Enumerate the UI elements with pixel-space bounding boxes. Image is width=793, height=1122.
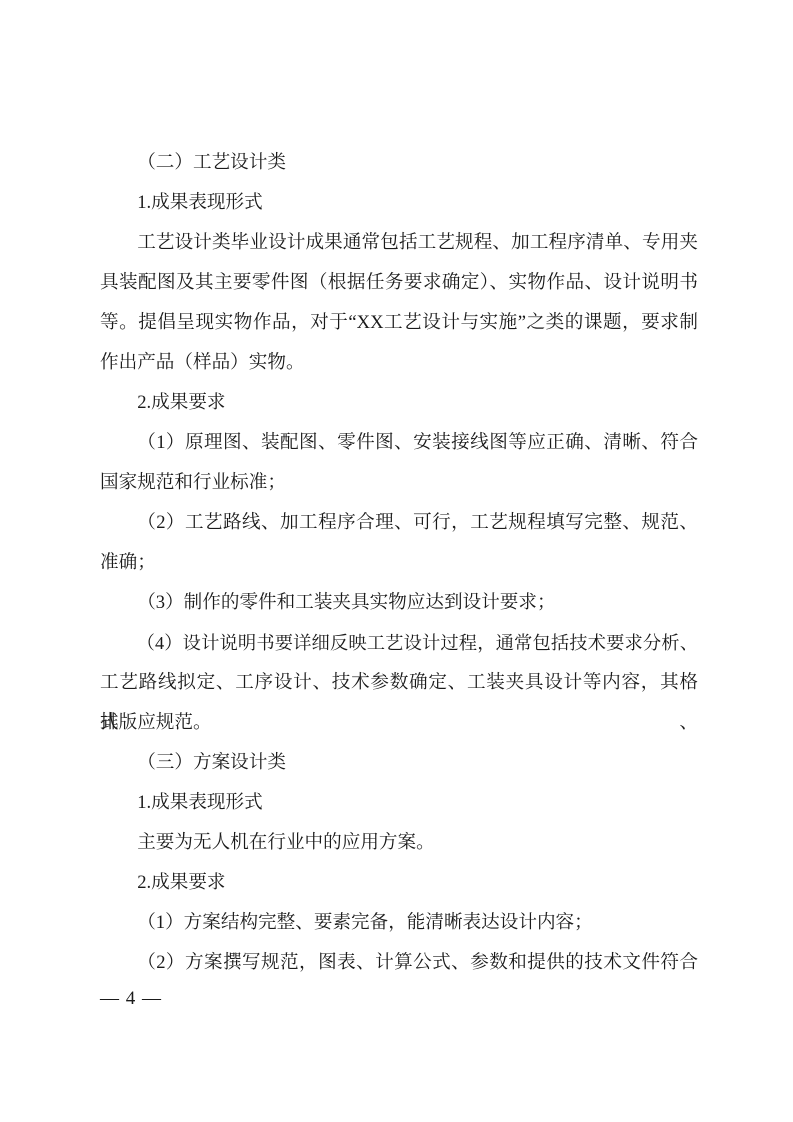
paragraph-line: 主要为无人机在行业中的应用方案。	[100, 823, 698, 863]
list-item-1-line: （1）原理图、装配图、零件图、安装接线图等应正确、清晰、符合	[100, 423, 698, 463]
paragraph-line: 等。提倡呈现实物作品，对于“XX工艺设计与实施”之类的课题，要求制	[100, 303, 698, 343]
subheading-result-requirements: 2.成果要求	[100, 863, 698, 903]
list-item-1-line: （1）方案结构完整、要素完备，能清晰表达设计内容；	[100, 903, 698, 943]
page-number: — 4 —	[100, 988, 162, 1009]
section-heading-scheme-design: （三）方案设计类	[100, 743, 698, 783]
page: （二）工艺设计类 1.成果表现形式 工艺设计类毕业设计成果通常包括工艺规程、加工…	[0, 0, 793, 1122]
subheading-result-form: 1.成果表现形式	[100, 183, 698, 223]
paragraph-line: 工艺设计类毕业设计成果通常包括工艺规程、加工程序清单、专用夹	[100, 223, 698, 263]
page-footer: — 4 —	[100, 986, 162, 1012]
list-item-4-line: （4）设计说明书要详细反映工艺设计过程，通常包括技术要求分析、	[100, 623, 698, 663]
list-item-2-line: 准确；	[100, 543, 698, 583]
section-heading-process-design: （二）工艺设计类	[100, 143, 698, 183]
list-item-2-line: （2）工艺路线、加工程序合理、可行，工艺规程填写完整、规范、	[100, 503, 698, 543]
subheading-result-requirements: 2.成果要求	[100, 383, 698, 423]
subheading-result-form: 1.成果表现形式	[100, 783, 698, 823]
paragraph-line: 具装配图及其主要零件图（根据任务要求确定）、实物作品、设计说明书	[100, 263, 698, 303]
list-item-1-line: 国家规范和行业标准；	[100, 463, 698, 503]
paragraph-line: 作出产品（样品）实物。	[100, 343, 698, 383]
list-item-2-line: （2）方案撰写规范，图表、计算公式、参数和提供的技术文件符合	[100, 943, 698, 983]
document-body: （二）工艺设计类 1.成果表现形式 工艺设计类毕业设计成果通常包括工艺规程、加工…	[100, 143, 698, 983]
list-item-3-line: （3）制作的零件和工装夹具实物应达到设计要求；	[100, 583, 698, 623]
list-item-4-line: 工艺路线拟定、工序设计、技术参数确定、工装夹具设计等内容，其格式、	[100, 663, 698, 703]
